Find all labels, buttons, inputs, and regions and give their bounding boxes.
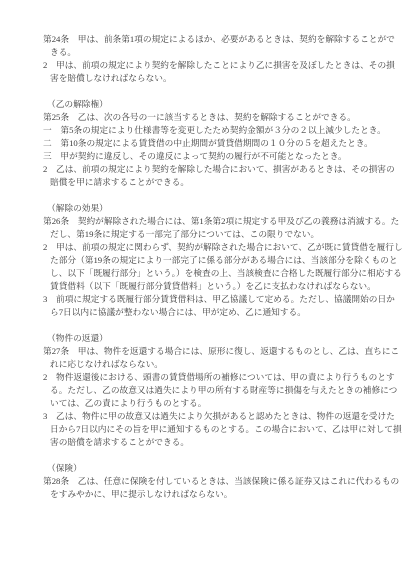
article-25-item-1: 一 第5条の規定により仕様書等を変更したため契約金額が３分の２以上減少したとき。 xyxy=(43,124,389,137)
heading-return-of-property: （物件の返還） xyxy=(47,332,403,345)
article-27-clause: 第27条 甲は、物件を返還する場合には、原形に復し、返還するものとし、乙は、直ち… xyxy=(43,345,403,371)
article-25-clause: 第25条 乙は、次の各号の一に該当するときは、契約を解除することができる。 xyxy=(43,111,403,124)
heading-effect-of-cancellation: （解除の効果） xyxy=(47,202,403,215)
article-26-paragraph-2: 2 甲は、前項の規定に関わらず、契約が解除された場合において、乙が既に賃貸借を履… xyxy=(43,241,403,293)
article-28-clause: 第28条 乙は、任意に保険を付しているときは、当該保険に係る証券又はこれに代わる… xyxy=(43,475,403,501)
article-27-paragraph-3: 3 乙は、物件に甲の故意又は過失により欠損があると認めたときは、物件の返還を受け… xyxy=(43,410,403,449)
article-26-clause: 第26条 契約が解除された場合には、第1条第2項に規定する甲及び乙の義務は消滅す… xyxy=(43,215,403,241)
article-27-paragraph-2: 2 物件返還後における、頭書の賃貸借場所の補修については、甲の責により行うものと… xyxy=(43,371,403,410)
heading-cancellation-right-of-b: （乙の解除権） xyxy=(47,98,403,111)
article-24-clause: 第24条 甲は、前条第1項の規定によるほか、必要があるときは、契約を解除すること… xyxy=(43,33,403,59)
article-24-paragraph-2: 2 甲は、前項の規定により契約を解除したことにより乙に損害を及ぼしたときは、その… xyxy=(43,59,403,85)
article-26-paragraph-3: 3 前項に規定する既履行部分賃貸借料は、甲乙協議して定める。ただし、協議開始の日… xyxy=(43,293,403,319)
article-25-paragraph-2: 2 乙は、前項の規定により契約を解除した場合において、損害があるときは、その損害… xyxy=(43,163,403,189)
article-25-item-3: 三 甲が契約に違反し、その違反によって契約の履行が不可能となったとき。 xyxy=(43,150,389,163)
heading-insurance: （保険） xyxy=(47,462,403,475)
article-25-item-2: 二 第10条の規定による賃貸借の中止期間が賃貸借期間の１０分の５を超えたとき。 xyxy=(43,137,389,150)
document-page: 第24条 甲は、前条第1項の規定によるほか、必要があるときは、契約を解除すること… xyxy=(0,0,410,580)
